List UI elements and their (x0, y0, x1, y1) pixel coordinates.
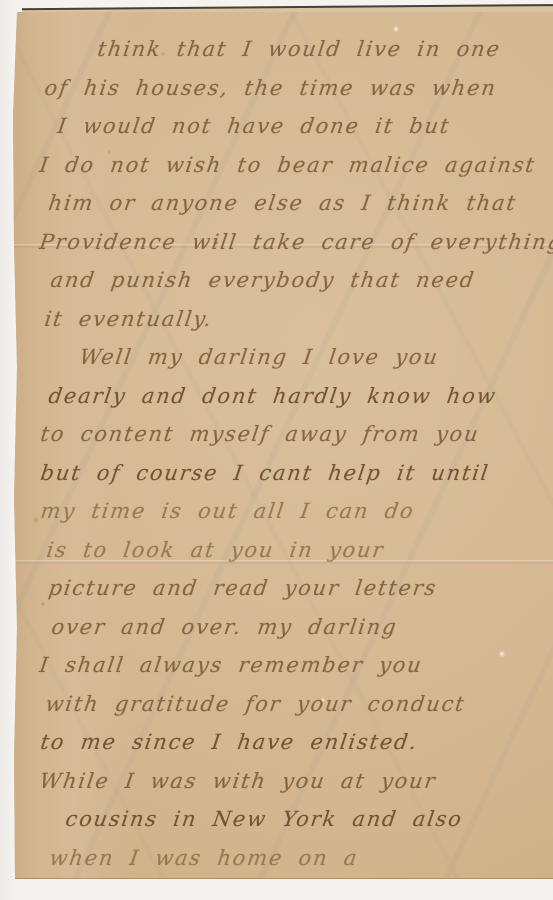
letter-line: I do not wish to bear malice against (37, 146, 553, 185)
letter-line: of his houses, the time was when (37, 69, 553, 108)
letter-line: to content myself away from you (37, 415, 553, 454)
letter-scan: think that I would live in oneof his hou… (0, 0, 553, 900)
letter-line: dearly and dont hardly know how (37, 377, 553, 416)
letter-body: think that I would live in oneof his hou… (37, 30, 553, 877)
letter-line: with gratitude for your conduct (37, 685, 553, 724)
letter-line: him or anyone else as I think that (37, 184, 553, 223)
letter-line: when I was home on a (37, 839, 553, 878)
letter-line: and punish everybody that need (37, 261, 553, 300)
letter-line: Providence will take care of everything (37, 223, 553, 262)
letter-line: think that I would live in one (37, 30, 553, 69)
letter-line: my time is out all I can do (37, 492, 553, 531)
letter-line: I shall always remember you (37, 646, 553, 685)
letter-line: to me since I have enlisted. (37, 723, 553, 762)
letter-line: Well my darling I love you (37, 338, 553, 377)
letter-paper: think that I would live in oneof his hou… (13, 12, 553, 879)
letter-line: but of course I cant help it until (37, 454, 553, 493)
letter-line: over and over. my darling (37, 608, 553, 647)
letter-line: cousins in New York and also (37, 800, 553, 839)
letter-line: is to look at you in your (37, 531, 553, 570)
letter-line: While I was with you at your (37, 762, 553, 801)
letter-line: I would not have done it but (37, 107, 553, 146)
letter-line: it eventually. (37, 300, 553, 339)
letter-line: picture and read your letters (37, 569, 553, 608)
